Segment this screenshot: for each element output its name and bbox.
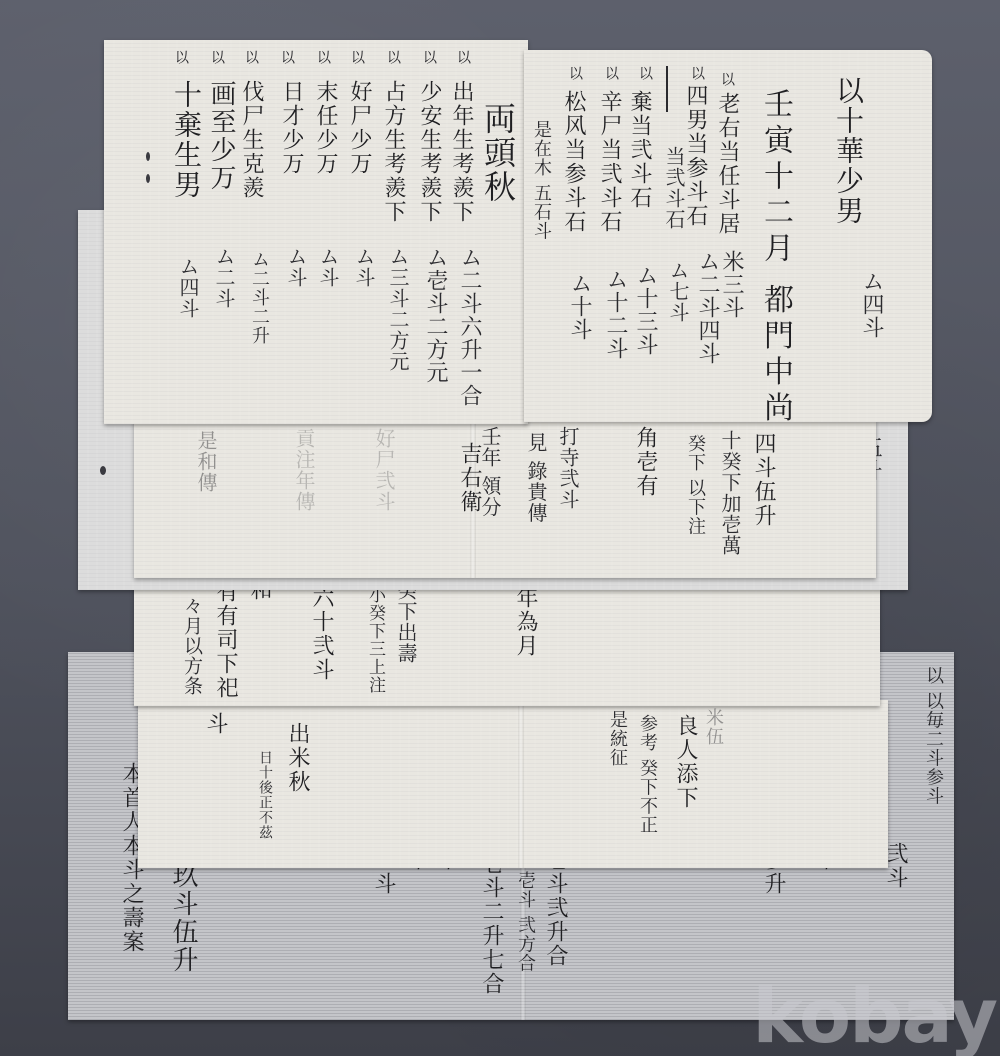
sheet-top-left-text-6: 占方生考羨下 bbox=[382, 80, 404, 224]
sheet-top-right-mark-1: 以 bbox=[690, 66, 704, 81]
sheet-top-right-text-3: 棄当弐斗石 bbox=[628, 90, 650, 210]
sheet-top-right-text-1: 四男当参斗石 bbox=[684, 84, 706, 228]
sheet-top-left-mark-2: 以 bbox=[244, 50, 258, 65]
sheet-lower-col-2: 良人添下 bbox=[674, 714, 696, 810]
sheet-lower: 出米秋 日十後正不茲 良人添下 参考 癸下不正 是統征 米伍 斗 bbox=[138, 700, 888, 868]
sheet-lower-col-1: 日十後正不茲 bbox=[258, 750, 272, 840]
sheet-top-left-text-1: 画至少万 bbox=[208, 80, 234, 192]
sheet-top-left-text-5: 好尸少万 bbox=[348, 80, 370, 176]
sheet-bottom-col-5: 壱斗二升七合 bbox=[480, 852, 502, 996]
sheet-top-left-text-3: 日才少万 bbox=[280, 80, 302, 176]
sheet-top-right-amount-4: ム十二斗 bbox=[604, 268, 626, 360]
sheet-top-right-amount-0: 米三斗 bbox=[720, 250, 742, 319]
sheet-top-left-amount-0: ム四斗 bbox=[178, 256, 198, 319]
sheet-middle-lower-col-6: 々月以方条 bbox=[182, 596, 201, 696]
sheet-middle-lower-col-5: 有有司下祀 bbox=[214, 580, 236, 700]
sheet-top-left-amount-6: ム三斗二方元 bbox=[388, 246, 408, 372]
sheet-middle-upper-col-0: 四斗伍升 bbox=[752, 432, 774, 528]
sheet-middle-upper: 四斗伍升 十癸下加壱萬 癸下 以下注 角壱有 打寺弐斗 見 錄貴傳 壬年 領分 … bbox=[134, 420, 876, 578]
sheet-top-left-mark-3: 以 bbox=[280, 50, 294, 65]
sheet-top-right-mark-4: 以 bbox=[604, 66, 618, 81]
sheet-lower-mark: 斗 bbox=[204, 712, 226, 736]
sheet-top-left-mark-7: 以 bbox=[422, 50, 436, 65]
sheet-middle-upper-ghost-1: 貢注年傳 bbox=[294, 428, 314, 512]
sheet-top-left-mark-8: 以 bbox=[456, 50, 470, 65]
sheet-top-left-text-0: 十棄生男 bbox=[172, 80, 200, 200]
sheet-top-left-amount-7: ム壱斗二方元 bbox=[424, 246, 446, 384]
sheet-top-left-mark-4: 以 bbox=[316, 50, 330, 65]
sheet-top-left-mark-0: 以 bbox=[174, 50, 188, 65]
sheet-lower-col-0: 出米秋 bbox=[286, 722, 308, 794]
sheet-top-right-amount-3: ム十三斗 bbox=[634, 264, 656, 356]
sheet-middle-lower-col-3: 六十弐斗 bbox=[310, 586, 332, 682]
sheet-top-right-amount-5: ム十斗 bbox=[568, 272, 590, 341]
sheet-middle-upper-col-8: 是和傳 bbox=[196, 430, 216, 493]
sheet-middle-upper-col-6: 壬年 領分 bbox=[480, 426, 500, 517]
sheet-top-right-heading: 以十華少男 bbox=[834, 76, 862, 226]
sheet-top-left-amount-1: ム二斗 bbox=[214, 246, 234, 309]
sheet-top-left-mark-6: 以 bbox=[386, 50, 400, 65]
divider-stroke bbox=[666, 66, 668, 112]
sheet-top-right-amount-1: ム二斗四斗 bbox=[696, 250, 718, 365]
sheet-top-left-text-4: 末任少万 bbox=[314, 80, 336, 176]
sheet-top-right-text-0: 老右当任斗居 bbox=[716, 92, 738, 236]
sheet-top-left: 両頭秋 以 十棄生男 ム四斗 以 画至少万 ム二斗 以 伐尸生克羨 ム二斗二升 … bbox=[104, 40, 528, 424]
sheet-middle-upper-col-1: 十癸下加壱萬 bbox=[720, 430, 740, 556]
sheet-bottom-right-heading: 以 以毎二斗参斗 bbox=[924, 666, 942, 806]
sheet-top-left-amount-3: ム斗 bbox=[286, 246, 306, 288]
sheet-bottom-col-4: ム壱斗 弐方合 bbox=[516, 852, 534, 973]
sheet-top-right-text-5: 松风当参斗石 bbox=[562, 90, 584, 234]
sheet-middle-lower-col-0: 年為月 bbox=[514, 586, 536, 658]
watermark: kobay bbox=[752, 978, 996, 1054]
sheet-middle-upper-col-4: 打寺弐斗 bbox=[558, 426, 578, 510]
sheet-lower-col-4: 是統征 bbox=[608, 710, 626, 767]
sheet-top-left-mark-1: 以 bbox=[210, 50, 224, 65]
sheet-middle-upper-col-2: 癸下 以下注 bbox=[686, 434, 704, 536]
sheet-top-left-text-7: 少安生考羨下 bbox=[418, 80, 440, 224]
sheet-top-right-text-4: 辛尸当弐斗石 bbox=[598, 90, 620, 234]
sheet-bottom-col-9: 玖斗伍升 bbox=[170, 862, 196, 974]
sheet-lower-col-5: 米伍 bbox=[704, 708, 722, 746]
sheet-top-right-side-amount: ム四斗 bbox=[860, 270, 882, 339]
sheet-top-right-amount-2: ム七斗 bbox=[668, 260, 688, 323]
sheet-middle-upper-col-3: 角壱有 bbox=[634, 426, 656, 498]
sheet-top-left-title: 両頭秋 bbox=[482, 102, 514, 204]
sheet-lower-col-3: 参考 癸下不正 bbox=[638, 714, 656, 835]
sheet-top-right-mark-5: 以 bbox=[568, 66, 582, 81]
sheet-top-right-mark-3: 以 bbox=[638, 66, 652, 81]
sheet-top-right-text-2: 当弐斗石 bbox=[664, 146, 684, 230]
sheet-middle-lower-col-1: 癸下出壽 bbox=[396, 580, 416, 664]
sheet-top-left-amount-8: ム二斗六升一合 bbox=[458, 246, 480, 407]
sheet-middle-lower-col-2: 小癸下三上注 bbox=[366, 586, 383, 694]
sheet-top-left-amount-2: ム二斗二升 bbox=[250, 250, 268, 345]
sheet-top-left-mark-5: 以 bbox=[350, 50, 364, 65]
sheet-top-right-text-6: 是在木 五石斗 bbox=[532, 120, 550, 241]
sheet-top-left-text-8: 出年生考羨下 bbox=[450, 80, 472, 224]
sheet-middle-upper-col-7: 吉右衛 bbox=[458, 442, 480, 514]
sheet-top-right-mark-0: 以 bbox=[720, 72, 734, 87]
sheet-middle-upper-col-5: 見 錄貴傳 bbox=[526, 432, 546, 523]
sheet-top-left-amount-5: ム斗 bbox=[354, 246, 374, 288]
sheet-top-right: 以十華少男 壬寅十二月 都門中尚木秋 ム四斗 以 老右当任斗居 米三斗 以 四男… bbox=[524, 50, 932, 422]
sheet-middle-upper-ghost-2: 好尸弐斗 bbox=[374, 428, 394, 512]
sheet-top-left-text-2: 伐尸生克羨 bbox=[240, 80, 262, 200]
sheet-top-right-date-line: 壬寅十二月 都門中尚木秋 bbox=[760, 88, 790, 422]
sheet-top-left-amount-4: ム斗 bbox=[318, 246, 338, 288]
